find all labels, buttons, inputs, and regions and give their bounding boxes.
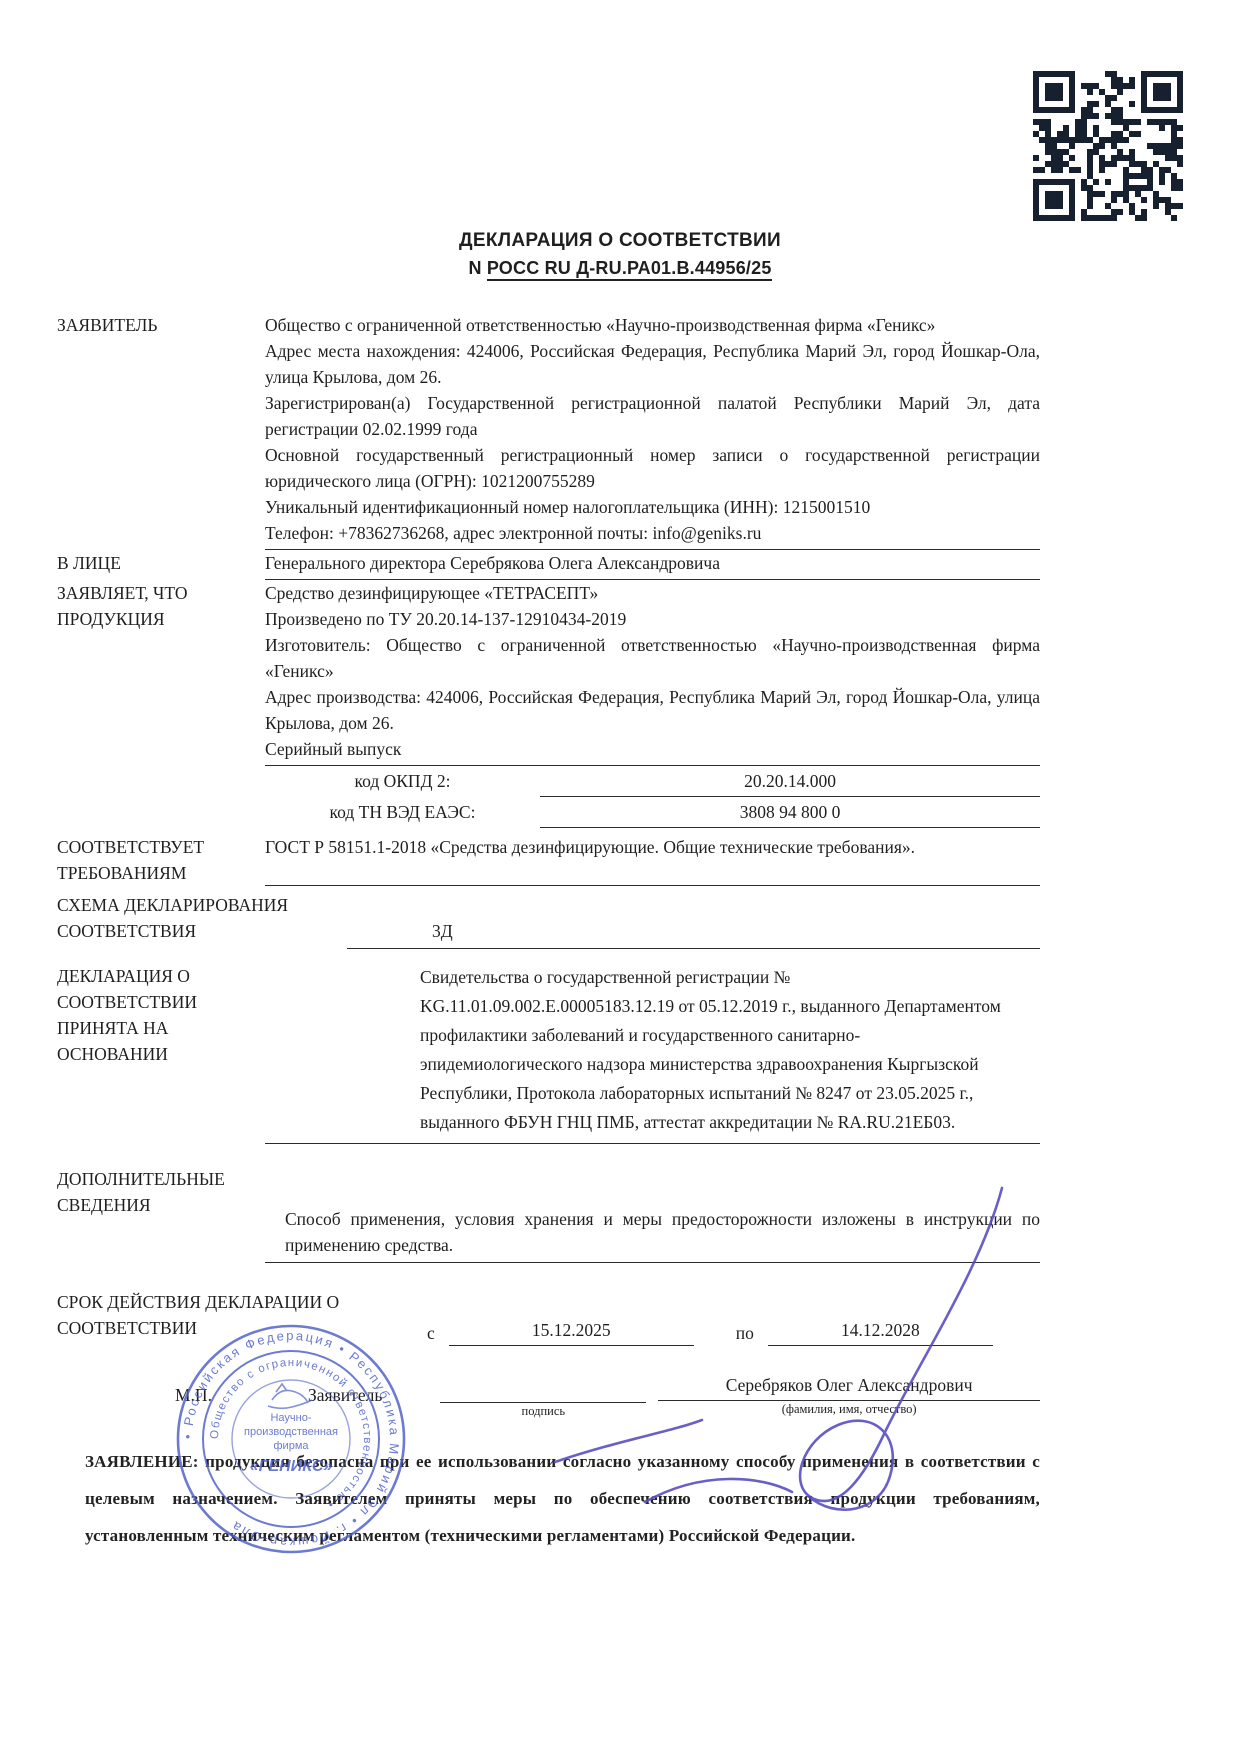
conformity-section: СООТВЕТСТВУЕТ ТРЕБОВАНИЯМ ГОСТ Р 58151.1… xyxy=(57,834,1040,886)
signatory-role-label: Заявитель xyxy=(308,1382,382,1419)
in-person-label: В ЛИЦЕ xyxy=(57,550,265,580)
product-name: Средство дезинфицирующее «ТЕТРАСЕПТ» xyxy=(265,580,1040,606)
tnved-row: код ТН ВЭД ЕАЭС: 3808 94 800 0 xyxy=(265,799,1040,828)
applicant-company: Общество с ограниченной ответственностью… xyxy=(265,312,1040,338)
applicant-registration: Зарегистрирован(а) Государственной регис… xyxy=(265,390,1040,442)
statement-label: ЗАЯВЛЕНИЕ: xyxy=(85,1452,199,1471)
declaration-number: N РОСС RU Д-RU.РА01.В.44956/25 xyxy=(0,255,1240,282)
additional-value: Способ применения, условия хранения и ме… xyxy=(265,1206,1040,1258)
validity-section: СРОК ДЕЙСТВИЯ ДЕКЛАРАЦИИ О СООТВЕТСТВИИ … xyxy=(57,1289,1040,1346)
validity-to-label: по xyxy=(736,1320,754,1346)
applicant-ogrn: Основной государственный регистрационный… xyxy=(265,442,1040,494)
validity-dates: с 15.12.2025 по 14.12.2028 xyxy=(427,1317,1040,1346)
statement-paragraph: ЗАЯВЛЕНИЕ: продукция безопасна при ее ис… xyxy=(85,1443,1040,1554)
product-manufacturer: Изготовитель: Общество с ограниченной от… xyxy=(265,632,1040,684)
applicant-value: Общество с ограниченной ответственностью… xyxy=(265,312,1040,550)
additional-value-cell: Способ применения, условия хранения и ме… xyxy=(265,1166,1040,1263)
validity-from-date: 15.12.2025 xyxy=(449,1317,694,1346)
conformity-value: ГОСТ Р 58151.1-2018 «Средства дезинфицир… xyxy=(265,834,1040,886)
product-section: ЗАЯВЛЯЕТ, ЧТО ПРОДУКЦИЯ Средство дезинфи… xyxy=(57,580,1040,828)
page-title: ДЕКЛАРАЦИЯ О СООТВЕТСТВИИ xyxy=(0,228,1240,253)
in-person-value: Генерального директора Серебрякова Олега… xyxy=(265,550,1040,580)
stamp-center-line2: производственная xyxy=(244,1426,338,1438)
product-tu: Произведено по ТУ 20.20.14-137-12910434-… xyxy=(265,606,1040,632)
qr-code-icon xyxy=(1033,71,1183,221)
product-label: ЗАЯВЛЯЕТ, ЧТО ПРОДУКЦИЯ xyxy=(57,580,265,828)
okpd-row: код ОКПД 2: 20.20.14.000 xyxy=(265,768,1040,797)
signature-field: подпись xyxy=(440,1372,646,1419)
declaration-number-prefix: N xyxy=(468,258,486,278)
additional-label: ДОПОЛНИТЕЛЬНЫЕ СВЕДЕНИЯ xyxy=(57,1166,265,1263)
statement-text: продукция безопасна при ее использовании… xyxy=(85,1452,1040,1545)
tnved-label: код ТН ВЭД ЕАЭС: xyxy=(265,799,540,828)
applicant-section: ЗАЯВИТЕЛЬ Общество с ограниченной ответс… xyxy=(57,312,1040,550)
document-header: ДЕКЛАРАЦИЯ О СООТВЕТСТВИИ N РОСС RU Д-RU… xyxy=(0,228,1240,282)
basis-value: Свидетельства о государственной регистра… xyxy=(420,963,1020,1137)
stamp-place-label: М.П. xyxy=(175,1382,212,1419)
signatory-name: Серебряков Олег Александрович xyxy=(658,1372,1040,1401)
product-issue-type: Серийный выпуск xyxy=(265,736,1040,766)
tnved-value: 3808 94 800 0 xyxy=(540,799,1040,828)
applicant-label: ЗАЯВИТЕЛЬ xyxy=(57,312,265,550)
signatory-name-caption: (фамилия, имя, отчество) xyxy=(658,1401,1040,1417)
scheme-label: СХЕМА ДЕКЛАРИРОВАНИЯ СООТВЕТСТВИЯ xyxy=(57,892,347,949)
product-production-address: Адрес производства: 424006, Российская Ф… xyxy=(265,684,1040,736)
okpd-value: 20.20.14.000 xyxy=(540,768,1040,797)
okpd-label: код ОКПД 2: xyxy=(265,768,540,797)
signature-section: М.П. Заявитель подпись Серебряков Олег А… xyxy=(175,1372,1040,1419)
in-person-section: В ЛИЦЕ Генерального директора Серебряков… xyxy=(57,550,1040,580)
validity-to-date: 14.12.2028 xyxy=(768,1317,993,1346)
applicant-inn: Уникальный идентификационный номер налог… xyxy=(265,494,1040,520)
applicant-contacts: Телефон: +78362736268, адрес электронной… xyxy=(265,520,1040,550)
signature-line xyxy=(440,1372,646,1403)
validity-label: СРОК ДЕЙСТВИЯ ДЕКЛАРАЦИИ О СООТВЕТСТВИИ xyxy=(57,1289,427,1346)
declaration-number-value: РОСС RU Д-RU.РА01.В.44956/25 xyxy=(487,258,772,281)
scheme-section: СХЕМА ДЕКЛАРИРОВАНИЯ СООТВЕТСТВИЯ 3Д xyxy=(57,892,1040,949)
product-value: Средство дезинфицирующее «ТЕТРАСЕПТ» Про… xyxy=(265,580,1040,828)
conformity-label: СООТВЕТСТВУЕТ ТРЕБОВАНИЯМ xyxy=(57,834,265,886)
basis-label: ДЕКЛАРАЦИЯ О СООТВЕТСТВИИ ПРИНЯТА НА ОСН… xyxy=(57,963,265,1144)
validity-from-label: с xyxy=(427,1320,435,1346)
basis-section: ДЕКЛАРАЦИЯ О СООТВЕТСТВИИ ПРИНЯТА НА ОСН… xyxy=(57,963,1040,1144)
scheme-value: 3Д xyxy=(347,892,1040,949)
applicant-address: Адрес места нахождения: 424006, Российск… xyxy=(265,338,1040,390)
signatory-name-field: Серебряков Олег Александрович (фамилия, … xyxy=(658,1372,1040,1419)
declaration-document: ДЕКЛАРАЦИЯ О СООТВЕТСТВИИ N РОСС RU Д-RU… xyxy=(0,0,1240,1754)
validity-value: с 15.12.2025 по 14.12.2028 xyxy=(427,1289,1040,1346)
basis-value-cell: Свидетельства о государственной регистра… xyxy=(265,963,1040,1144)
additional-section: ДОПОЛНИТЕЛЬНЫЕ СВЕДЕНИЯ Способ применени… xyxy=(57,1166,1040,1263)
signature-caption: подпись xyxy=(440,1403,646,1419)
